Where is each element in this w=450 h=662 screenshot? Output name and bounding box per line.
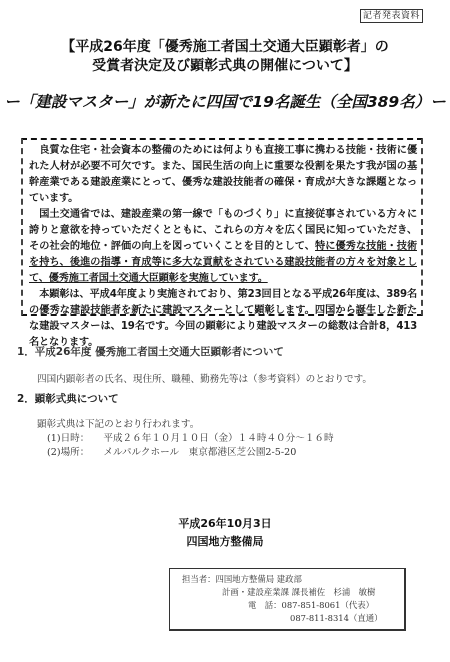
ceremony-date-label: (1)日時： — [47, 433, 89, 444]
summary-box: 良質な住宅・社会資本の整備のためには何よりも直接工事に携わる技能・技術に優れた人… — [21, 138, 423, 316]
contact-phone-main: 電 話：087-851-8061（代表） — [182, 599, 404, 612]
ceremony-venue-label: (2)場所： — [47, 447, 89, 458]
issue-date: 平成26年10月3日 — [0, 516, 450, 532]
document-title: 【平成26年度「優秀施工者国土交通大臣顕彰者」の 受賞者決定及び顕彰式典の開催に… — [0, 38, 450, 76]
section-2-body: 顕彰式典は下記のとおり行われます。 — [37, 418, 199, 431]
summary-paragraph-1: 良質な住宅・社会資本の整備のためには何よりも直接工事に携わる技能・技術に優れた人… — [29, 143, 417, 207]
summary-paragraph-3: 本顕彰は、平成4年度より実施されており、第23回目となる平成26年度は、389名… — [29, 287, 417, 351]
title-line-2: 受賞者決定及び顕彰式典の開催について】 — [0, 57, 450, 76]
document-subtitle: ー「建設マスター」が新たに四国で19名誕生（全国389名）ー — [0, 92, 450, 112]
summary-paragraph-2: 国土交通省では、建設産業の第一線で「ものづくり」に直接従事されている方々に誇りと… — [29, 207, 417, 287]
contact-person-row: 担当者：四国地方整備局 建政部 — [182, 573, 404, 586]
title-line-1: 【平成26年度「優秀施工者国土交通大臣顕彰者」の — [0, 38, 450, 57]
issuing-organization: 四国地方整備局 — [0, 534, 450, 550]
section-1-body: 四国内顕彰者の氏名、現住所、職種、勤務先等は（参考資料）のとおりです。 — [37, 373, 372, 386]
section-2-heading: 2．顕彰式典について — [17, 392, 119, 406]
ceremony-venue-value: メルパルクホール 東京都港区芝公園2-5-20 — [103, 447, 296, 458]
contact-phone-direct: 087-811-8314（直通） — [182, 612, 404, 625]
contact-box: 担当者：四国地方整備局 建政部 計画・建設産業課 課長補佐 杉浦 敏樹 電 話：… — [169, 568, 406, 631]
ceremony-date-value: 平成２６年１０月１０日（金）１４時４０分～１６時 — [103, 433, 333, 444]
section-1-heading: 1．平成26年度 優秀施工者国土交通大臣顕彰者について — [17, 345, 284, 359]
press-release-label: 記者発表資料 — [360, 9, 423, 23]
ceremony-date-row: (1)日時：平成２６年１０月１０日（金）１４時４０分～１６時 — [47, 432, 334, 445]
ceremony-venue-row: (2)場所：メルパルクホール 東京都港区芝公園2-5-20 — [47, 446, 296, 459]
contact-department-row: 計画・建設産業課 課長補佐 杉浦 敏樹 — [182, 586, 404, 599]
